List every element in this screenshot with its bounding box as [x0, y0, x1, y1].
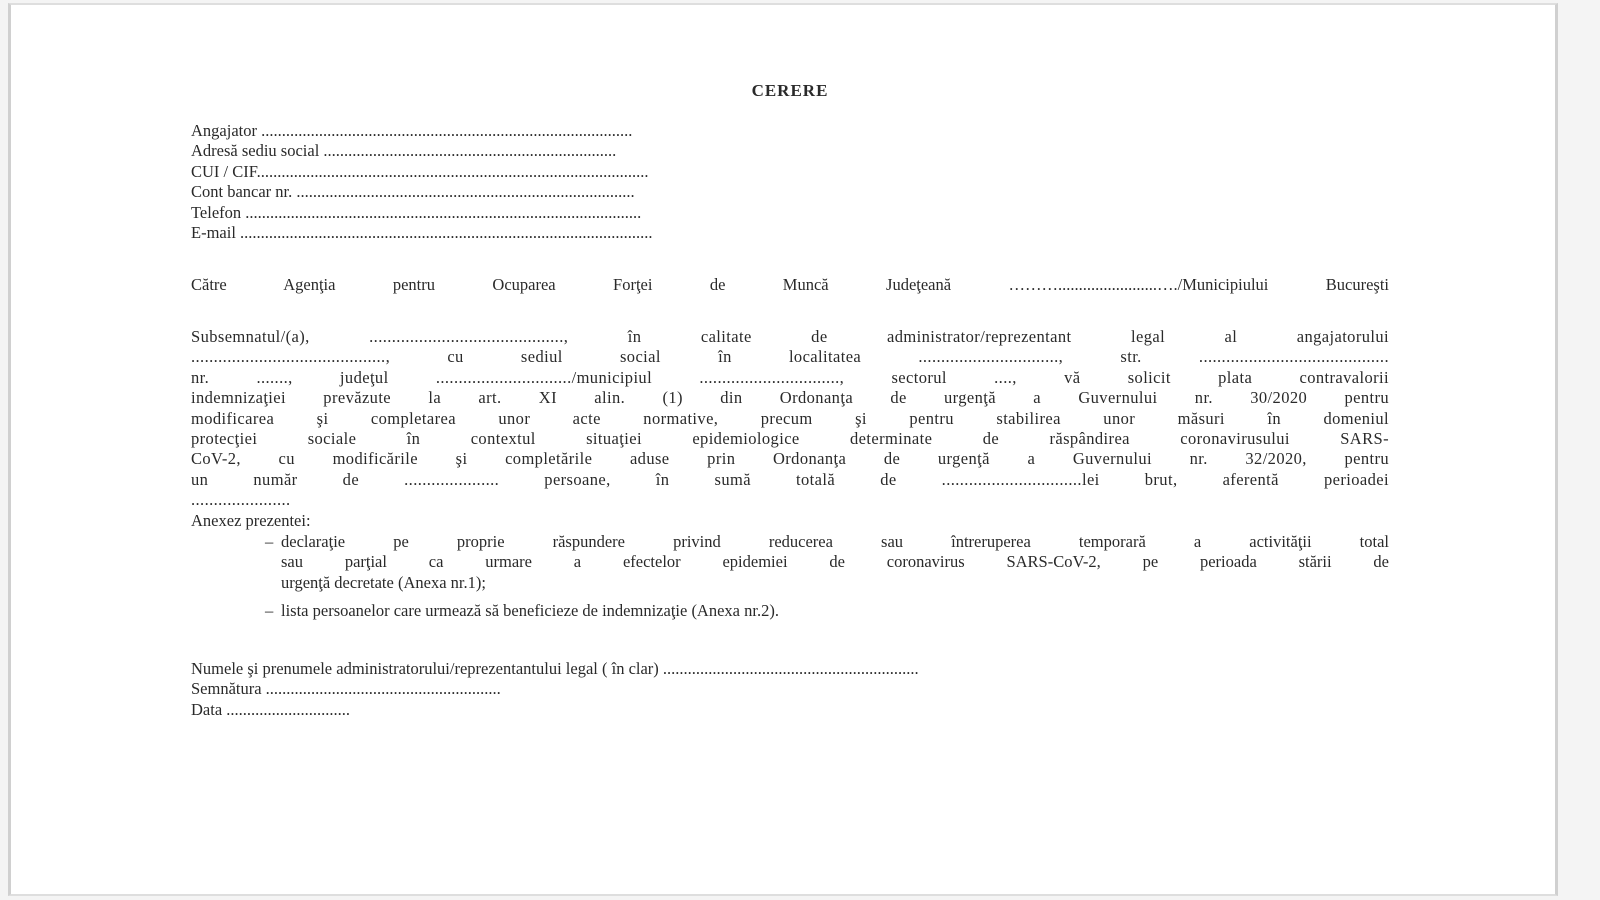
annex-line: sau parţial ca urmare a efectelor epidem… [281, 552, 1389, 572]
field-date: Data .............................. [191, 700, 919, 720]
dash-bullet-icon: – [265, 532, 273, 552]
paragraph-line: un număr de ..................... persoa… [191, 470, 1389, 490]
dash-bullet-icon: – [265, 601, 273, 621]
annex-item-1: – declaraţie pe proprie răspundere privi… [265, 532, 1389, 593]
field-signature: Semnătura ..............................… [191, 679, 919, 699]
paragraph-line: ...................... [191, 490, 1389, 510]
document-page: CERERE Angajator .......................… [8, 3, 1558, 896]
paragraph-line: modificarea şi completarea unor acte nor… [191, 409, 1389, 429]
paragraph-line: indemnizaţiei prevăzute la art. XI alin.… [191, 388, 1389, 408]
employer-fields: Angajator ..............................… [191, 121, 653, 243]
field-bank-account: Cont bancar nr. ........................… [191, 182, 653, 202]
addressee-line: Către Agenţia pentru Ocuparea Forţei de … [191, 275, 1389, 295]
paragraph-line: protecţiei sociale în contextul situaţie… [191, 429, 1389, 449]
field-address: Adresă sediu social ....................… [191, 141, 653, 161]
signature-fields: Numele şi prenumele administratorului/re… [191, 659, 919, 720]
field-phone: Telefon ................................… [191, 203, 653, 223]
field-employer: Angajator ..............................… [191, 121, 653, 141]
paragraph-line: Subsemnatul/(a), .......................… [191, 327, 1389, 347]
field-cui-cif: CUI / CIF...............................… [191, 162, 653, 182]
annex-line: declaraţie pe proprie răspundere privind… [281, 532, 1389, 552]
annex-heading: Anexez prezentei: [191, 511, 311, 531]
annex-item-2: – lista persoanelor care urmează să bene… [265, 601, 1389, 621]
document-title: CERERE [191, 81, 1389, 101]
request-paragraph: Subsemnatul/(a), .......................… [191, 327, 1389, 511]
annex-line: urgenţă decretate (Anexa nr.1); [281, 573, 1389, 593]
field-email: E-mail .................................… [191, 223, 653, 243]
paragraph-line: CoV-2, cu modificările şi completările a… [191, 449, 1389, 469]
paragraph-line: nr. ......., judeţul ...................… [191, 368, 1389, 388]
paragraph-line: ........................................… [191, 347, 1389, 367]
field-representative-name: Numele şi prenumele administratorului/re… [191, 659, 919, 679]
annex-line: lista persoanelor care urmează să benefi… [281, 601, 1389, 621]
